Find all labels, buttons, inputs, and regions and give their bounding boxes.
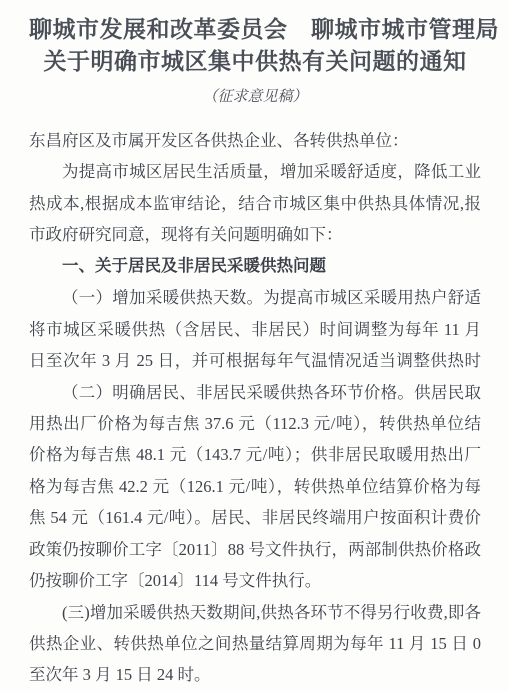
body-line: 价格为每吉焦 48.1 元（143.7 元/吨）；供非居民取暖用热出厂价: [29, 439, 481, 470]
notice-document: 聊城市发展和改革委员会 聊城市城市管理局 关于明确市城区集中供热有关问题的通知 …: [29, 14, 481, 691]
section-1-heading: 一、关于居民及非居民采暖供热问题: [29, 251, 481, 282]
body-line: 至次年 3 月 15 日 24 时。: [29, 659, 481, 690]
body-line: 将市城区采暖供热（含居民、非居民）时间调整为每年 11 月 10: [29, 314, 481, 345]
body-line: 焦 54 元（161.4 元/吨）。居民、非居民终端用户按面积计费价格: [29, 502, 481, 533]
scanned-notice-page: 聊城市发展和改革委员会 聊城市城市管理局 关于明确市城区集中供热有关问题的通知 …: [0, 0, 509, 692]
body-line: 用热出厂价格为每吉焦 37.6 元（112.3 元/吨），转供热单位结算: [29, 408, 481, 439]
body-line: 仍按聊价工字〔2014〕114 号文件执行。: [29, 565, 481, 596]
document-subtitle: （征求意见稿）: [29, 87, 481, 108]
body-line: 热成本,根据成本监审结论，结合市城区集中供热具体情况,报经: [29, 188, 481, 219]
salutation-line: 东昌府区及市属开发区各供热企业、各转供热单位：: [29, 125, 481, 156]
body-line: (三)增加采暖供热天数期间,供热各环节不得另行收费,即各: [29, 597, 481, 628]
body-line: 日至次年 3 月 25 日，并可根据每年气温情况适当调整供热时间。: [29, 345, 481, 376]
document-title-line-2: 关于明确市城区集中供热有关问题的通知: [29, 46, 481, 78]
body-line: 为提高市城区居民生活质量，增加采暖舒适度，降低工业用: [29, 156, 481, 187]
body-line: 供热企业、转供热单位之间热量结算周期为每年 11 月 15 日 0 时: [29, 628, 481, 659]
body-line: （二）明确居民、非居民采暖供热各环节价格。供居民取暖: [29, 377, 481, 408]
document-title-line-1: 聊城市发展和改革委员会 聊城市城市管理局: [29, 14, 481, 46]
body-line: （一）增加采暖供热天数。为提高市城区采暖用热户舒适度，: [29, 282, 481, 313]
body-line: 政策仍按聊价工字〔2011〕88 号文件执行，两部制供热价格政策: [29, 534, 481, 565]
document-body: 东昌府区及市属开发区各供热企业、各转供热单位： 为提高市城区居民生活质量，增加采…: [29, 125, 481, 691]
body-line: 市政府研究同意，现将有关问题明确如下：: [29, 219, 481, 250]
body-line: 格为每吉焦 42.2 元（126.1 元/吨），转供热单位结算价格为每吉: [29, 471, 481, 502]
